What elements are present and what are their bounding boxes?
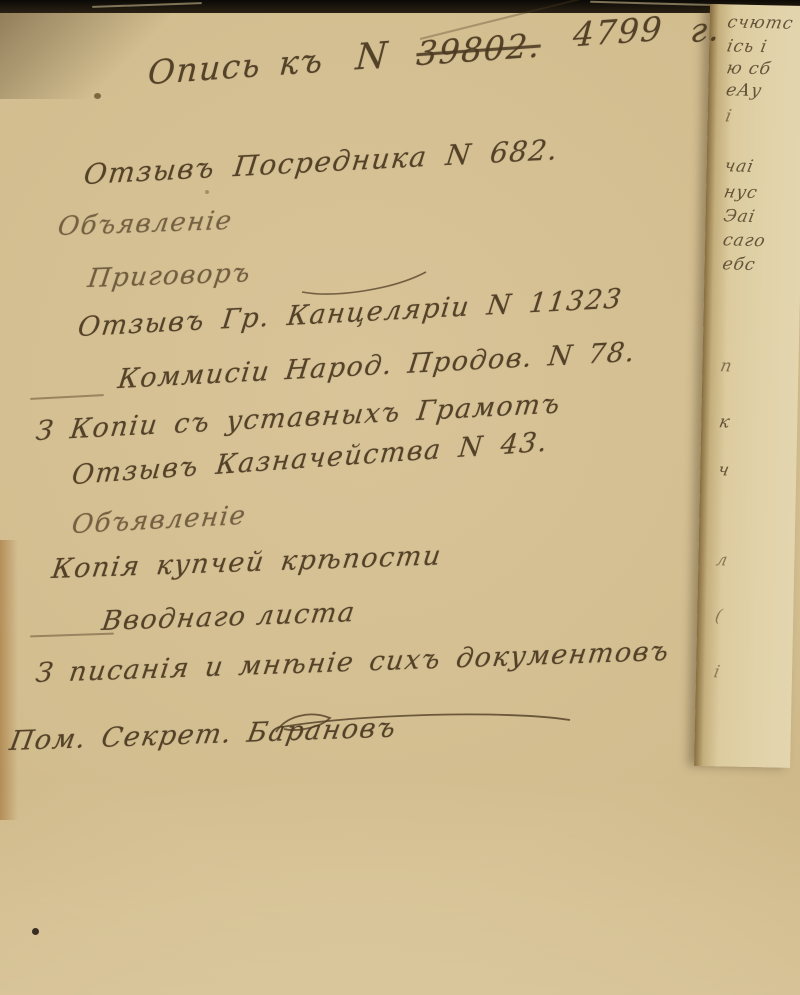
manuscript-photo: счютс ісь і ю сб еАу і чаі нус Эаі саго … (0, 0, 800, 995)
edge-text-fragment: і (712, 662, 722, 682)
edge-text-fragment: еАу (724, 80, 764, 101)
edge-text-fragment: л (714, 550, 730, 570)
edge-text-fragment: ісь і (725, 36, 769, 57)
manuscript-line: Объявленіе (56, 206, 235, 242)
edge-text-fragment: счютс (726, 12, 796, 33)
edge-text-fragment: ю сб (725, 58, 773, 79)
edge-text-fragment: ч (716, 460, 732, 480)
edge-text-fragment: к (717, 412, 732, 432)
ink-speck (94, 93, 101, 99)
manuscript-line: Приговоръ (86, 258, 253, 294)
revised-number: 4799 (572, 9, 665, 55)
edge-text-fragment: нус (722, 182, 760, 203)
ink-speck (32, 928, 39, 935)
paper-bottom-light (0, 780, 800, 995)
signature-flourish (268, 700, 578, 744)
edge-text-fragment: ебс (721, 254, 758, 275)
pen-flourish (300, 268, 430, 300)
numero-sign: N (354, 35, 390, 79)
edge-text-fragment: ( (713, 606, 725, 626)
title-suffix: г. (689, 9, 722, 50)
edge-text-fragment: Эаі (722, 206, 758, 227)
edge-text-fragment: саго (721, 230, 767, 251)
edge-text-fragment: і (724, 106, 734, 126)
struck-number: 39802. (415, 25, 542, 73)
top-left-shadow (0, 9, 170, 99)
edge-text-fragment: п (718, 356, 734, 376)
left-edge-tint (0, 540, 18, 820)
ink-speck (205, 190, 209, 194)
edge-text-fragment: чаі (723, 156, 756, 177)
adjacent-page-edge: счютс ісь і ю сб еАу і чаі нус Эаі саго … (694, 4, 800, 768)
